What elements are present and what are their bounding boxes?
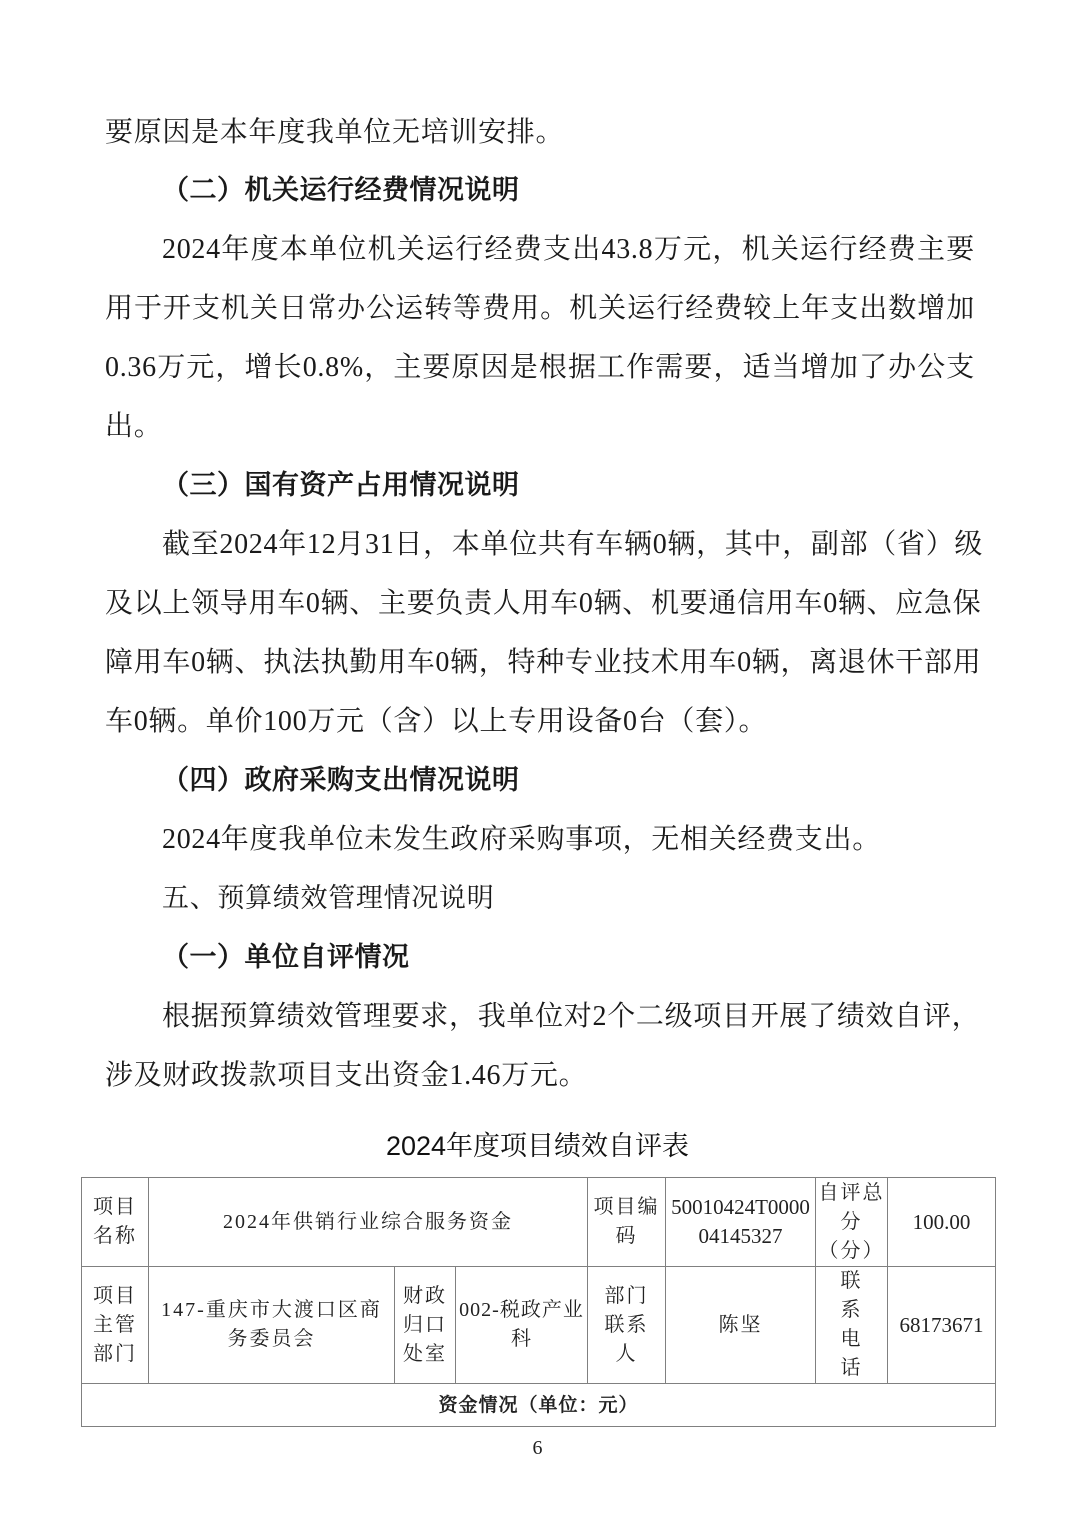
finance-office-value: 002-税政产业科 bbox=[456, 1267, 588, 1384]
paragraph-line: 涉及财政拨款项目支出资金1.46万元。 bbox=[105, 1056, 975, 1096]
subsection-heading: （一）单位自评情况 bbox=[162, 938, 975, 978]
page-number: 6 bbox=[0, 1437, 1075, 1460]
paragraph-line: 要原因是本年度我单位无培训安排。 bbox=[105, 113, 975, 153]
finance-office-label: 财政归口处室 bbox=[395, 1267, 456, 1384]
funds-header: 资金情况（单位：元） bbox=[82, 1384, 996, 1427]
phone-value: 68173671 bbox=[888, 1267, 996, 1384]
section-heading: 五、预算绩效管理情况说明 bbox=[162, 879, 975, 919]
paragraph-line: 车0辆。单价100万元（含）以上专用设备0台（套）。 bbox=[105, 702, 975, 742]
paragraph-line: 2024年度我单位未发生政府采购事项，无相关经费支出。 bbox=[162, 820, 975, 860]
document-page: 要原因是本年度我单位无培训安排。 （二）机关运行经费情况说明 2024年度本单位… bbox=[0, 0, 1075, 1520]
paragraph-line: 0.36万元，增长0.8%，主要原因是根据工作需要，适当增加了办公支 bbox=[105, 348, 975, 388]
self-score-label: 自评总分（分） bbox=[816, 1178, 888, 1267]
contact-label: 部门联系人 bbox=[588, 1267, 666, 1384]
table-row: 项目主管部门 147-重庆市大渡口区商务委员会 财政归口处室 002-税政产业科… bbox=[82, 1267, 996, 1384]
project-name-label: 项目名称 bbox=[82, 1178, 149, 1267]
paragraph-line: 障用车0辆、执法执勤用车0辆，特种专业技术用车0辆，离退休干部用 bbox=[105, 643, 975, 683]
subsection-heading: （三）国有资产占用情况说明 bbox=[162, 466, 975, 506]
table-row: 项目名称 2024年供销行业综合服务资金 项目编码 50010424T00000… bbox=[82, 1178, 996, 1267]
paragraph-line: 出。 bbox=[105, 407, 975, 447]
table-title: 2024年度项目绩效自评表 bbox=[0, 1126, 1075, 1166]
dept-label: 项目主管部门 bbox=[82, 1267, 149, 1384]
paragraph-line: 及以上领导用车0辆、主要负责人用车0辆、机要通信用车0辆、应急保 bbox=[105, 584, 975, 624]
project-code-label: 项目编码 bbox=[588, 1178, 666, 1267]
subsection-heading: （二）机关运行经费情况说明 bbox=[162, 171, 975, 211]
self-score-value: 100.00 bbox=[888, 1178, 996, 1267]
dept-value: 147-重庆市大渡口区商务委员会 bbox=[149, 1267, 395, 1384]
project-code-value: 50010424T000004145327 bbox=[666, 1178, 816, 1267]
paragraph-line: 根据预算绩效管理要求，我单位对2个二级项目开展了绩效自评， bbox=[162, 997, 975, 1037]
paragraph-line: 2024年度本单位机关运行经费支出43.8万元，机关运行经费主要 bbox=[162, 230, 975, 270]
paragraph-line: 截至2024年12月31日，本单位共有车辆0辆，其中，副部（省）级 bbox=[162, 525, 975, 565]
contact-value: 陈坚 bbox=[666, 1267, 816, 1384]
phone-label: 联系电话 bbox=[816, 1267, 888, 1384]
paragraph-line: 用于开支机关日常办公运转等费用。机关运行经费较上年支出数增加 bbox=[105, 289, 975, 329]
project-name-value: 2024年供销行业综合服务资金 bbox=[149, 1178, 588, 1267]
subsection-heading: （四）政府采购支出情况说明 bbox=[162, 761, 975, 801]
performance-evaluation-table: 项目名称 2024年供销行业综合服务资金 项目编码 50010424T00000… bbox=[81, 1177, 996, 1427]
table-row: 资金情况（单位：元） bbox=[82, 1384, 996, 1427]
